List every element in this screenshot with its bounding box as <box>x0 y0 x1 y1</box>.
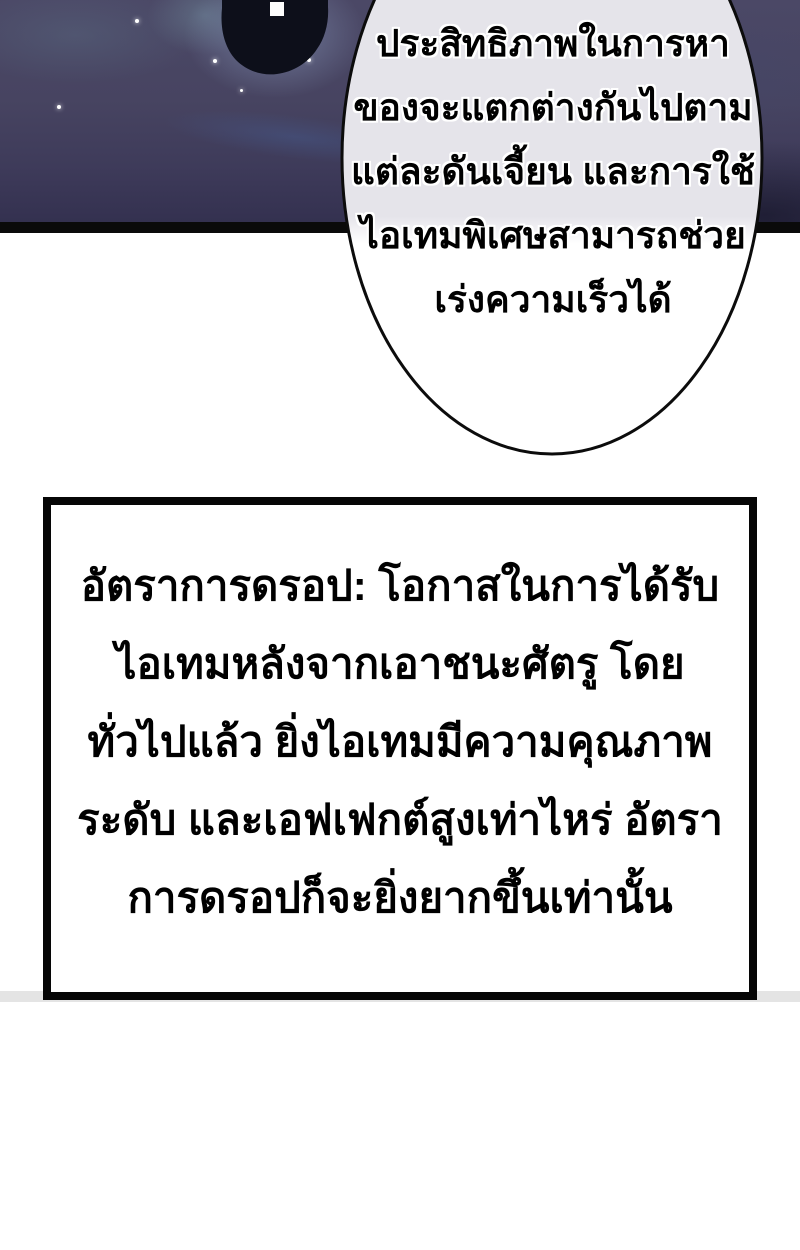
info-box-line: การดรอปก็จะยิ่งยากขึ้นเท่านั้น <box>51 859 749 937</box>
info-box-line: ระดับ และเอฟเฟกต์สูงเท่าไหร่ อัตรา <box>51 781 749 859</box>
info-box-line: ไอเทมหลังจากเอาชนะศัตรู โดย <box>51 625 749 703</box>
info-box-text: อัตราการดรอป: โอกาสในการได้รับ ไอเทมหลัง… <box>51 505 749 937</box>
info-box-line: อัตราการดรอป: โอกาสในการได้รับ <box>51 547 749 625</box>
speech-bubble-text: ประสิทธิภาพในการหา ของจะแตกต่างกันไปตาม … <box>347 12 759 332</box>
speech-bubble-line: แต่ละดันเจี้ยน และการใช้ <box>347 140 759 204</box>
speech-bubble-line: ของจะแตกต่างกันไปตาม <box>347 76 759 140</box>
speech-bubble-line: ประสิทธิภาพในการหา <box>347 12 759 76</box>
speech-bubble-line: ไอเทมพิเศษสามารถช่วย <box>347 204 759 268</box>
info-box-line: ทั่วไปแล้ว ยิ่งไอเทมมีความคุณภาพ <box>51 703 749 781</box>
speech-bubble-line: เร่งความเร็วได้ <box>347 268 759 332</box>
info-box: อัตราการดรอป: โอกาสในการได้รับ ไอเทมหลัง… <box>43 497 757 1000</box>
comic-page: { "page": { "type": "webtoon-comic-page"… <box>0 0 800 1250</box>
